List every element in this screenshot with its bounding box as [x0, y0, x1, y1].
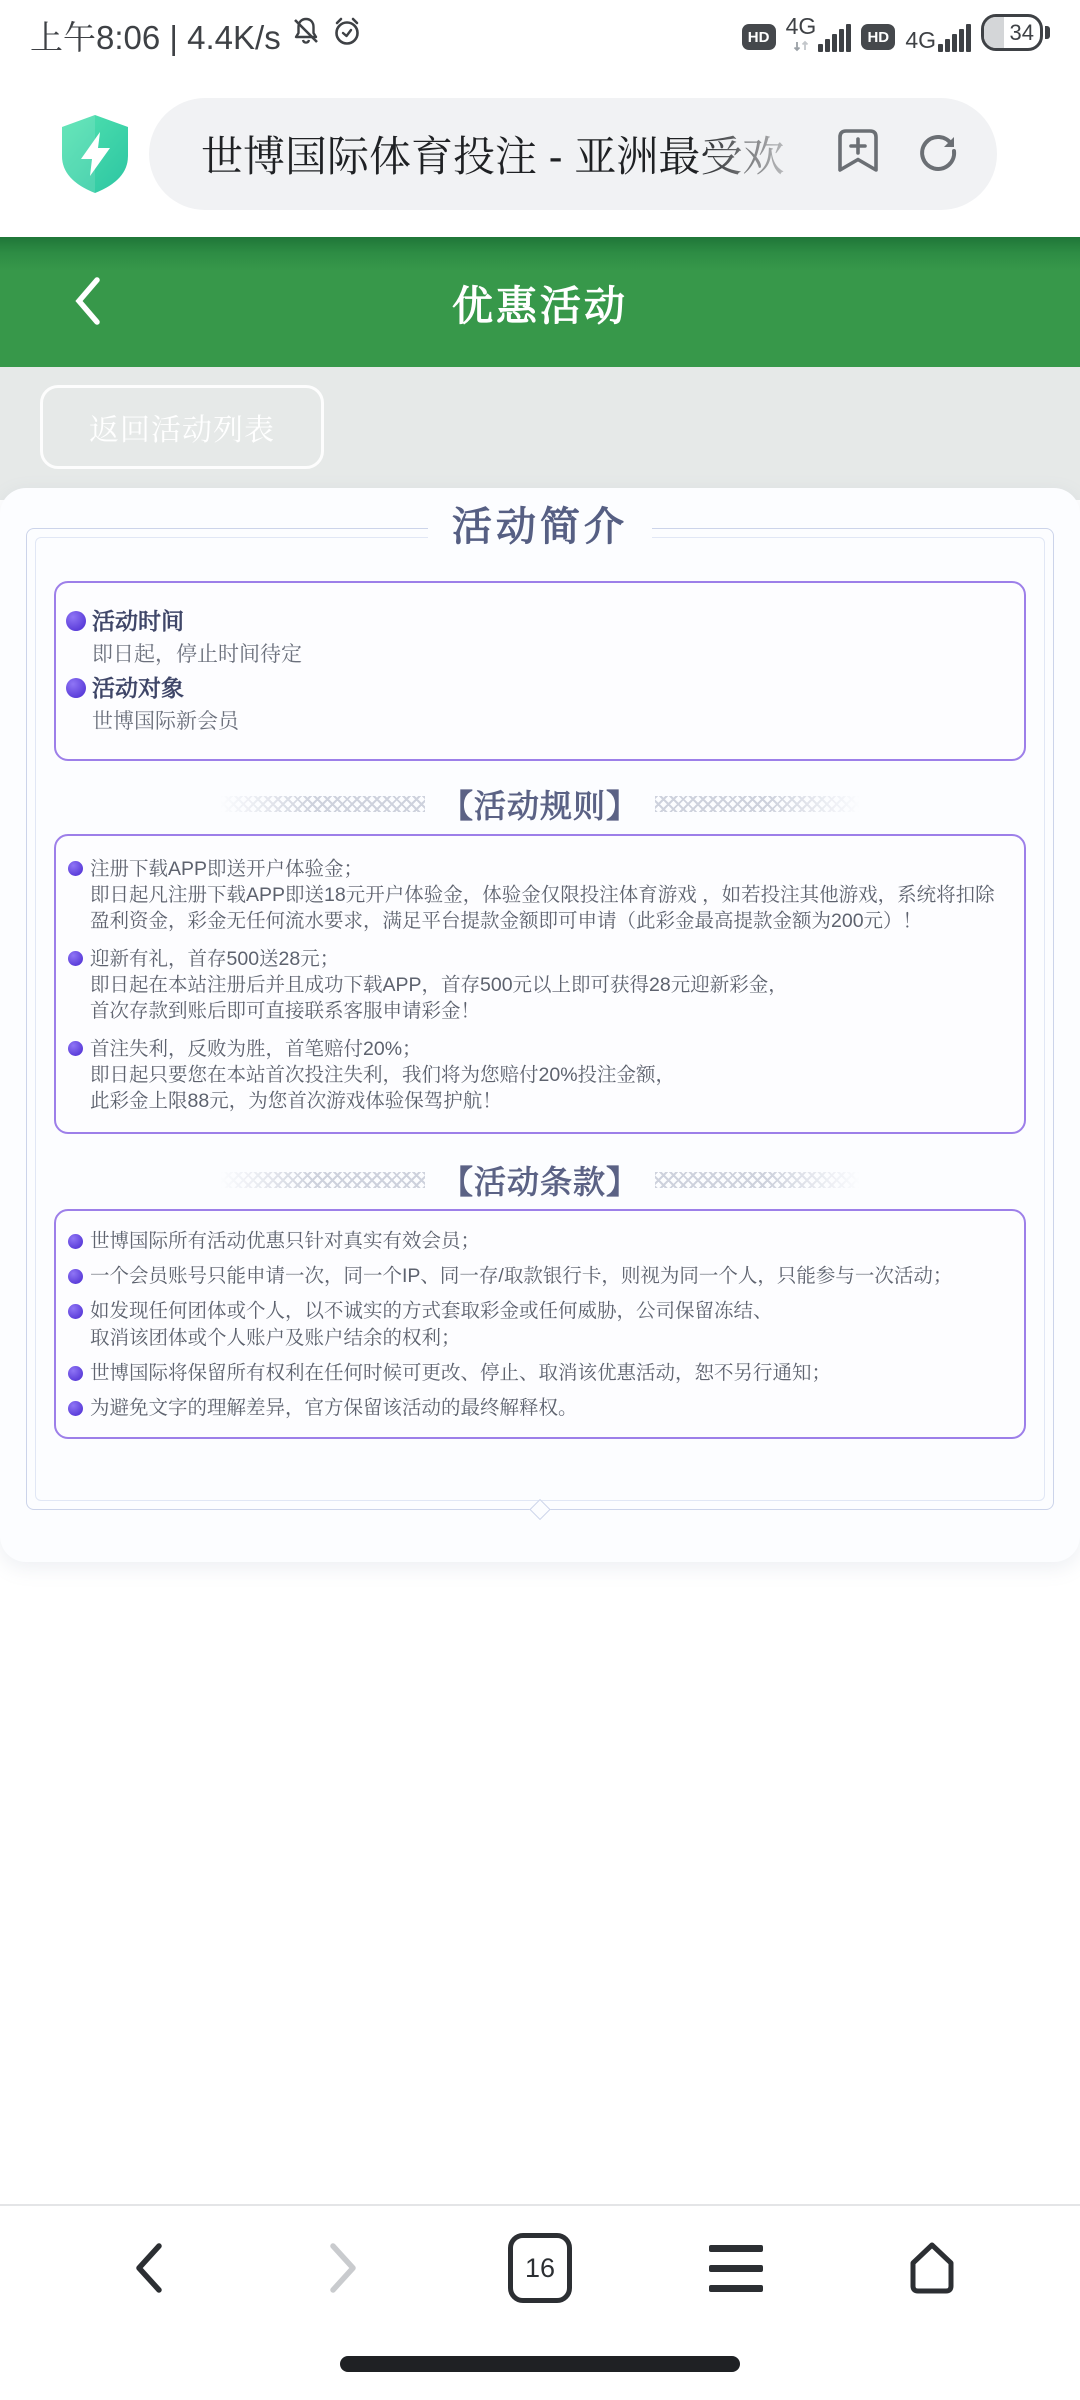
bullet-icon — [68, 1304, 83, 1319]
signal-bars-icon-2 — [938, 24, 971, 52]
tab-count: 16 — [525, 2253, 555, 2284]
rule-group: 注册下载APP即送开户体验金； 即日起凡注册下载APP即送18元开户体验金，体验… — [68, 856, 1016, 934]
battery-fill — [984, 17, 1004, 48]
term-item: 为避免文字的理解差异，官方保留该活动的最终解释权。 — [68, 1395, 1016, 1422]
frame-diamond-ornament — [529, 1499, 550, 1520]
hd-badge-icon: HD — [742, 24, 776, 50]
intro-item-desc: 即日起，停止时间待定 — [92, 638, 1012, 671]
nav-forward-icon — [284, 2218, 404, 2318]
hd-badge-icon-2: HD — [861, 24, 895, 50]
heading-ornament-left — [220, 796, 425, 812]
bullet-icon — [66, 611, 86, 631]
signal-group-2: 4G — [905, 24, 971, 52]
nav-menu-icon[interactable] — [676, 2218, 796, 2318]
rule-group: 迎新有礼，首存500送28元； 即日起在本站注册后并且成功下载APP，首存500… — [68, 946, 1016, 1024]
bookmark-add-icon[interactable] — [835, 127, 881, 180]
bullet-icon — [68, 1269, 83, 1284]
bullet-icon — [68, 1401, 83, 1416]
bullet-icon — [68, 861, 83, 876]
network-type-label: 4G — [786, 15, 817, 38]
term-item: 一个会员账号只能申请一次，同一个IP、同一存/取款银行卡，则视为同一个人，只能参… — [68, 1263, 1016, 1290]
data-arrows-icon — [793, 40, 809, 52]
home-indicator-bar[interactable] — [340, 2356, 740, 2372]
terms-box: 世博国际所有活动优惠只针对真实有效会员； 一个会员账号只能申请一次，同一个IP、… — [54, 1209, 1026, 1439]
alarm-clock-icon — [331, 15, 363, 55]
heading-ornament-right — [655, 796, 860, 812]
intro-item-desc: 世博国际新会员 — [92, 705, 1012, 738]
status-time-speed: 上午8:06 | 4.4K/s — [30, 12, 281, 59]
browser-toolbar: 世博国际体育投注 - 亚洲最受欢 — [0, 70, 1080, 237]
page-title: 优惠活动 — [452, 273, 628, 332]
status-bar: 上午8:06 | 4.4K/s HD 4G HD 4G — [0, 0, 1080, 70]
battery-indicator: 34 — [981, 14, 1050, 51]
heading-ornament-left — [220, 1172, 425, 1188]
status-right: HD 4G HD 4G 34 — [742, 14, 1050, 56]
browser-bottom-nav: 16 — [0, 2204, 1080, 2330]
muted-bell-icon — [291, 16, 321, 54]
rule-group: 首注失利，反败为胜，首笔赔付20%； 即日起只要您在本站首次投注失利，我们将为您… — [68, 1036, 1016, 1114]
bullet-icon — [68, 951, 83, 966]
terms-section-heading: 【活动条款】 — [0, 1156, 1080, 1204]
rules-box: 注册下载APP即送开户体验金； 即日起凡注册下载APP即送18元开户体验金，体验… — [54, 834, 1026, 1134]
battery-percent: 34 — [1010, 20, 1040, 46]
heading-ornament-right — [655, 1172, 860, 1188]
network-type-label-2: 4G — [905, 29, 936, 52]
bullet-icon — [66, 678, 86, 698]
nav-back-icon[interactable] — [88, 2218, 208, 2318]
back-to-activity-list-button[interactable]: 返回活动列表 — [40, 385, 324, 469]
term-item: 世博国际所有活动优惠只针对真实有效会员； — [68, 1228, 1016, 1255]
page-url-title[interactable]: 世博国际体育投注 - 亚洲最受欢 — [201, 124, 835, 184]
intro-section-title: 活动简介 — [0, 502, 1080, 552]
nav-tabs-button[interactable]: 16 — [480, 2218, 600, 2318]
term-item: 如发现任何团体或个人，以不诚实的方式套取彩金或任何威胁，公司保留冻结、取消该团体… — [68, 1298, 1016, 1352]
nav-home-icon[interactable] — [872, 2218, 992, 2318]
term-item: 世博国际将保留所有权利在任何时候可更改、停止、取消该优惠活动，恕不另行通知； — [68, 1360, 1016, 1387]
rules-section-heading: 【活动规则】 — [0, 780, 1080, 828]
refresh-icon[interactable] — [915, 128, 961, 179]
promo-card: 活动简介 活动时间 即日起，停止时间待定 活动对象 世博国际新会员 【活动规则】… — [0, 488, 1080, 1562]
intro-item-label: 活动对象 — [66, 671, 1012, 705]
intro-box: 活动时间 即日起，停止时间待定 活动对象 世博国际新会员 — [54, 581, 1026, 761]
bullet-icon — [68, 1366, 83, 1381]
bullet-icon — [68, 1041, 83, 1056]
sub-bar: 返回活动列表 — [0, 367, 1080, 500]
address-bar[interactable]: 世博国际体育投注 - 亚洲最受欢 — [149, 98, 997, 210]
back-icon[interactable] — [72, 275, 102, 332]
signal-group-1: 4G — [786, 15, 852, 52]
page-header: 优惠活动 — [0, 237, 1080, 367]
bullet-icon — [68, 1234, 83, 1249]
security-shield-icon[interactable] — [55, 112, 135, 196]
intro-item-label: 活动时间 — [66, 604, 1012, 638]
signal-bars-icon — [818, 24, 851, 52]
status-left: 上午8:06 | 4.4K/s — [30, 12, 363, 59]
